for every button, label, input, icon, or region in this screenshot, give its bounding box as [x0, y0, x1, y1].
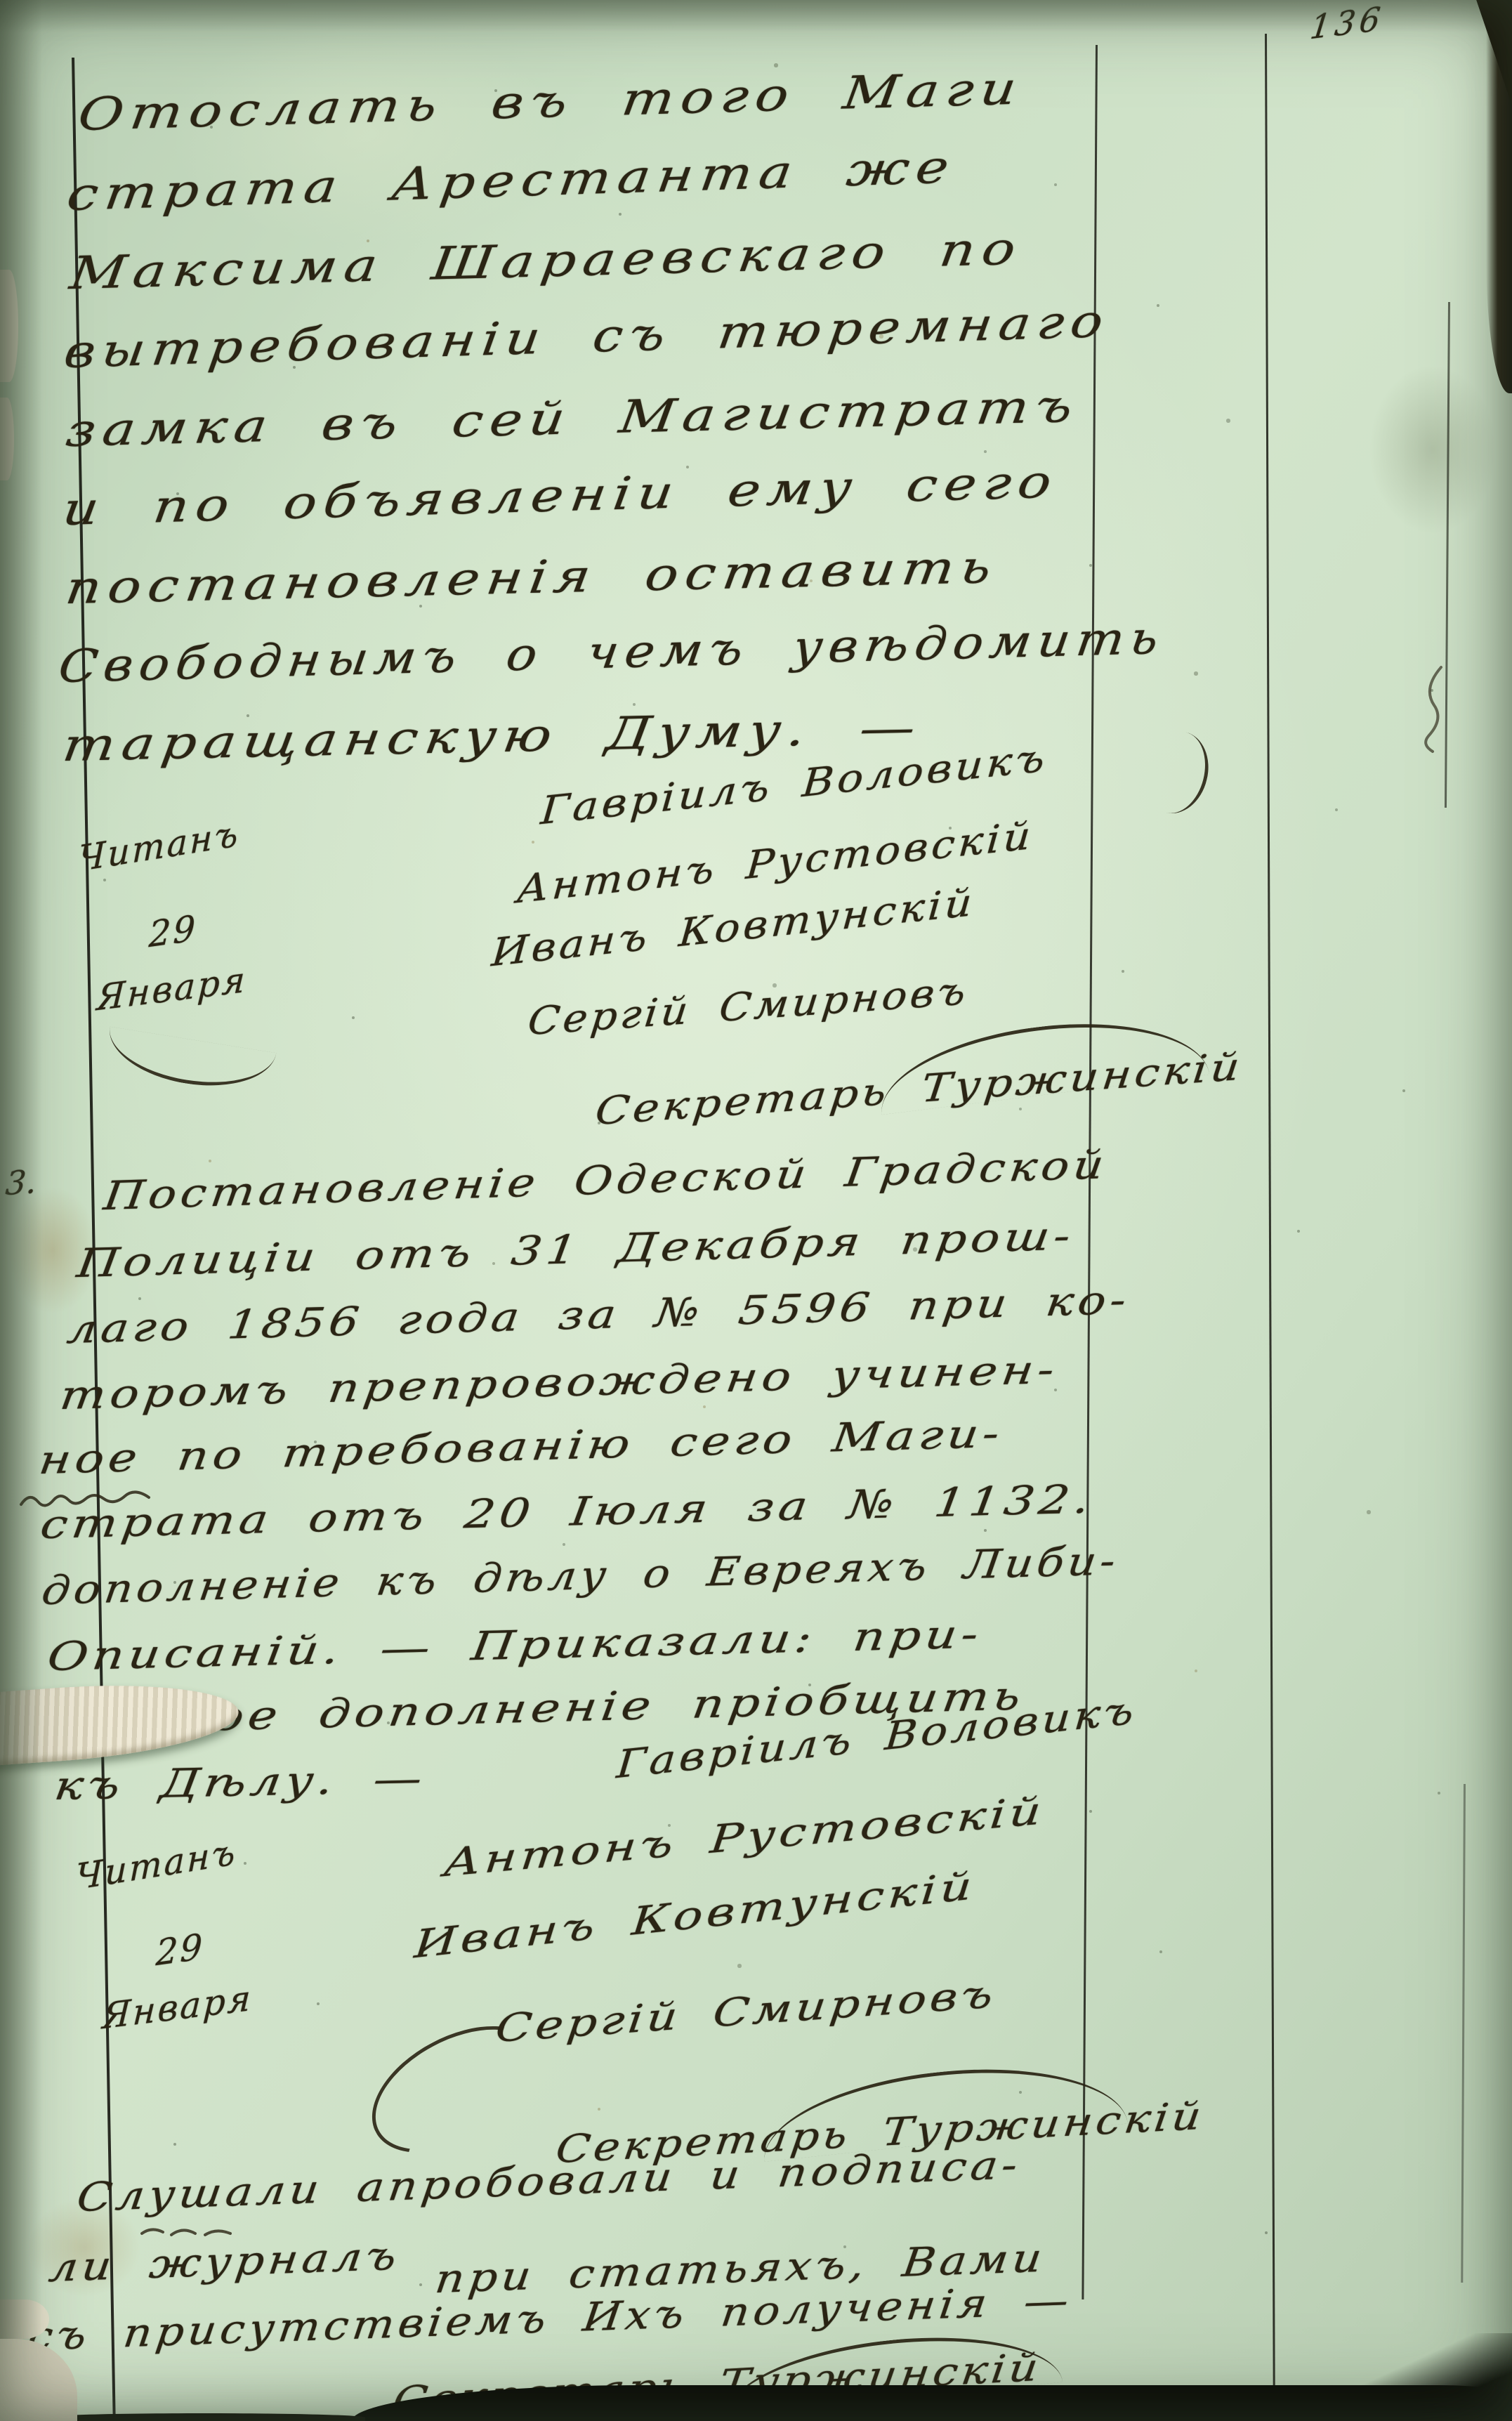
secretary-signature: Секретарь Туржинскій	[593, 1047, 1244, 1131]
handwritten-line: Максима Шараевскаго по	[67, 226, 1025, 296]
page-edge-sliver	[0, 398, 14, 480]
handwritten-line: страта Арестанта же	[65, 145, 958, 218]
margin-note-line: 29	[148, 910, 198, 952]
ink-flourish	[1164, 732, 1216, 820]
page-number: 136	[1308, 2, 1386, 44]
margin-note-line: Января	[96, 962, 248, 1016]
column-rule-2	[1265, 34, 1275, 2421]
handwritten-line: Отослать въ того Маги	[76, 66, 1026, 138]
page-edge-sliver	[0, 270, 18, 382]
handwritten-line: и по объявленіи ему сего	[60, 459, 1061, 532]
handwritten-line: Слушали апробовали и подписа-	[75, 2146, 1024, 2218]
signature: Иванъ Ковтунскій	[413, 1867, 977, 1964]
item-number: 3.	[4, 1165, 37, 1200]
handwritten-line: замка въ сей Магистратъ	[63, 384, 1082, 454]
margin-note-line: Читанъ	[79, 815, 240, 877]
photo-edge-left	[0, 0, 42, 2421]
manuscript-page: 136 Отослать въ того Маги страта Арестан…	[0, 0, 1512, 2421]
bottom-shadow-left	[42, 2413, 365, 2421]
secretary-signature: Секретарь Туржинскій	[391, 2348, 1044, 2420]
lace-ribbon-icon	[0, 1675, 241, 1766]
signature: Сергій Смирновъ	[526, 972, 971, 1041]
paper-speckles	[0, 0, 1, 1]
handwritten-line: Описаній. — Приказали: при-	[45, 1615, 985, 1677]
handwritten-line: ное по требованію сего Маги-	[37, 1415, 1006, 1481]
paper-stain	[1369, 365, 1496, 534]
handwritten-line: постановленія оставить	[63, 545, 1001, 611]
handwritten-line: таращанскую Думу. —	[60, 705, 925, 768]
photo-edge-right-dark	[1486, 0, 1512, 393]
handwritten-line: ли журналъ	[47, 2236, 403, 2288]
photo-edge-top	[0, 0, 1512, 32]
handwritten-line: дополненіе къ дѣлу о Евреяхъ Либи-	[39, 1542, 1122, 1611]
margin-note-line: 29	[155, 1929, 205, 1971]
ink-flourish	[103, 1027, 277, 1097]
handwritten-line: Полиціи отъ 31 Декабря прош-	[74, 1216, 1077, 1284]
interline-scribble	[18, 1483, 152, 1514]
handwritten-line: лаго 1856 года за № 5596 при ко-	[65, 1281, 1132, 1350]
handwritten-line: страта отъ 20 Іюля за № 1132.	[38, 1480, 1096, 1545]
handwritten-line: Свободнымъ о чемъ увѣдомить	[56, 616, 1167, 690]
handwritten-line: къ Дѣлу. —	[52, 1759, 428, 1806]
handwritten-line: торомъ препровождено учинен-	[58, 1351, 1060, 1416]
column-rule-partial-lower	[1461, 1784, 1466, 2283]
margin-note-line: Января	[102, 1980, 254, 2034]
handwritten-line: вытребованіи съ тюремнаго	[62, 299, 1112, 375]
margin-note-line: Читанъ	[76, 1834, 237, 1895]
photo-corner-top-right	[1458, 0, 1512, 105]
margin-scribble	[1413, 663, 1455, 754]
bottom-shadow-right	[1320, 2333, 1512, 2421]
handwritten-line: Постановленіе Одеской Градской	[101, 1146, 1110, 1216]
signature: Сергій Смирновъ	[494, 1975, 998, 2048]
